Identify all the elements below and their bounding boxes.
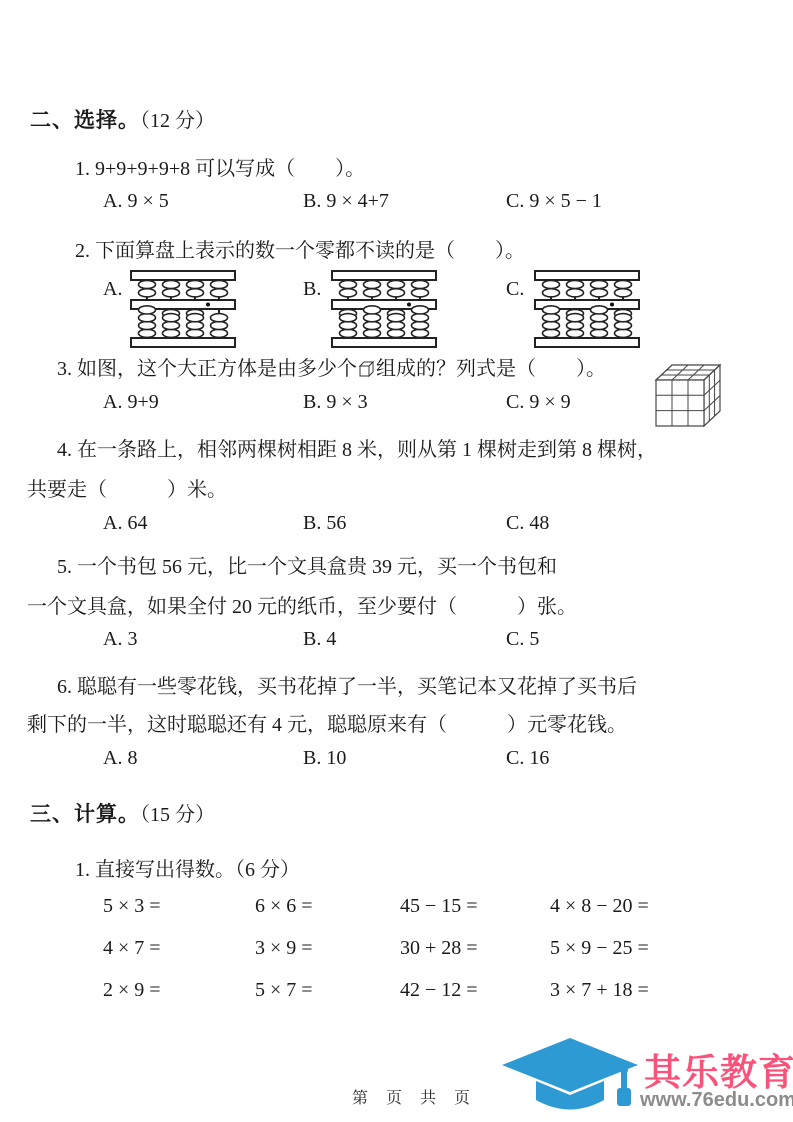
section-choice-score: （12 分） <box>140 110 215 132</box>
q4-option-a: A. 64 <box>103 512 147 535</box>
calc-row: 5 × 3 = 6 × 6 = 45 − 15 = 4 × 8 − 20 = <box>0 895 793 921</box>
section-calc-title: 三、计算。 <box>30 803 140 826</box>
brand-site: www.76edu.com <box>640 1089 793 1112</box>
q5-option-b: B. 4 <box>303 628 336 651</box>
question-6-line2: 剩下的一半，这时聪聪还有 4 元，聪聪原来有（ ）元零花钱。 <box>27 708 627 737</box>
section-calc-heading: 三、计算。（15 分） <box>30 798 215 828</box>
section-choice-heading: 二、选择。（12 分） <box>30 104 215 134</box>
question-6-options: A. 8 B. 10 C. 16 <box>0 747 793 773</box>
q6-option-c: C. 16 <box>506 747 549 770</box>
worksheet-page: 二、选择。（12 分） 1. 9+9+9+9+8 可以写成（ ）。 A. 9 ×… <box>0 0 793 1122</box>
question-4-line1: 4. 在一条路上，相邻两棵树相距 8 米，则从第 1 棵树走到第 8 棵树， <box>57 433 657 462</box>
q2-option-a-label: A. <box>103 278 122 301</box>
calc-expression: 5 × 9 − 25 = <box>550 937 649 960</box>
question-3-text: 3. 如图，这个大正方体是由多少个 组成的？列式是（ ）。 <box>57 352 606 381</box>
calc-subheading: 1. 直接写出得数。（6 分） <box>75 853 300 882</box>
q2-option-b-label: B. <box>303 278 321 301</box>
q3-text-after: 组成的？列式是（ ）。 <box>376 358 606 380</box>
graduation-cap-icon <box>500 1038 642 1120</box>
calc-row: 4 × 7 = 3 × 9 = 30 + 28 = 5 × 9 − 25 = <box>0 937 793 963</box>
calc-expression: 30 + 28 = <box>400 937 478 960</box>
q5-option-c: C. 5 <box>506 628 539 651</box>
calc-expression: 45 − 15 = <box>400 895 478 918</box>
calc-expression: 5 × 3 = <box>103 895 161 918</box>
small-cube-icon <box>359 361 374 377</box>
q5-option-a: A. 3 <box>103 628 137 651</box>
section-choice-title: 二、选择。 <box>30 109 140 132</box>
calc-expression: 42 − 12 = <box>400 979 478 1002</box>
abacus-icon <box>331 270 437 348</box>
q1-option-a: A. 9 × 5 <box>103 190 169 213</box>
question-6-line1: 6. 聪聪有一些零花钱，买书花掉了一半，买笔记本又花掉了买书后 <box>57 670 637 699</box>
section-calc-score: （15 分） <box>140 804 215 826</box>
question-3-options: A. 9+9 B. 9 × 3 C. 9 × 9 <box>0 391 793 417</box>
q3-text-before: 3. 如图，这个大正方体是由多少个 <box>57 358 357 380</box>
question-2-text: 2. 下面算盘上表示的数一个零都不读的是（ ）。 <box>75 234 525 263</box>
question-5-line2: 一个文具盒，如果全付 20 元的纸币，至少要付（ ）张。 <box>27 590 577 619</box>
question-4-options: A. 64 B. 56 C. 48 <box>0 512 793 538</box>
question-4-line2: 共要走（ ）米。 <box>27 473 227 502</box>
calc-expression: 3 × 7 + 18 = <box>550 979 649 1002</box>
calc-expression: 4 × 8 − 20 = <box>550 895 649 918</box>
q3-option-a: A. 9+9 <box>103 391 159 414</box>
brand-name: 其乐教育 <box>644 1042 793 1096</box>
q4-option-c: C. 48 <box>506 512 549 535</box>
calc-row: 2 × 9 = 5 × 7 = 42 − 12 = 3 × 7 + 18 = <box>0 979 793 1005</box>
question-1-options: A. 9 × 5 B. 9 × 4+7 C. 9 × 5 − 1 <box>0 190 793 216</box>
question-1-text: 1. 9+9+9+9+8 可以写成（ ）。 <box>75 152 365 181</box>
q1-option-b: B. 9 × 4+7 <box>303 190 389 213</box>
q3-option-b: B. 9 × 3 <box>303 391 368 414</box>
calc-expression: 6 × 6 = <box>255 895 313 918</box>
q4-option-b: B. 56 <box>303 512 346 535</box>
q6-option-b: B. 10 <box>303 747 346 770</box>
abacus-icon <box>534 270 640 348</box>
abacus-icon <box>130 270 236 348</box>
page-footer-label: 第 页 共 页 <box>352 1085 477 1108</box>
calc-expression: 4 × 7 = <box>103 937 161 960</box>
q1-option-c: C. 9 × 5 − 1 <box>506 190 602 213</box>
q2-option-c-label: C. <box>506 278 524 301</box>
calc-expression: 3 × 9 = <box>255 937 313 960</box>
question-5-options: A. 3 B. 4 C. 5 <box>0 628 793 654</box>
calc-expression: 2 × 9 = <box>103 979 161 1002</box>
q6-option-a: A. 8 <box>103 747 137 770</box>
calc-expression: 5 × 7 = <box>255 979 313 1002</box>
question-5-line1: 5. 一个书包 56 元，比一个文具盒贵 39 元，买一个书包和 <box>57 550 557 579</box>
q3-option-c: C. 9 × 9 <box>506 391 571 414</box>
